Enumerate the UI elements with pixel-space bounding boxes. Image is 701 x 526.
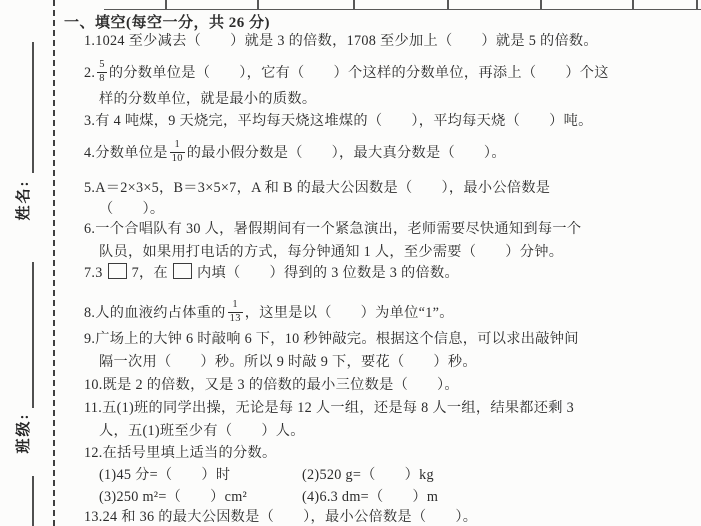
question-6: 6.一个合唱队有 30 人，暑假期间有一个紧急演出，老师需要尽快通知到每一个 xyxy=(84,219,581,239)
question-12: 12.在括号里填上适当的分数。 xyxy=(84,443,277,463)
question-3: 3.有 4 吨煤，9 天烧完，平均每天烧这堆煤的（ ），平均每天烧（ ）吨。 xyxy=(84,111,593,131)
question-2-continuation: 样的分数单位，就是最小的质数。 xyxy=(99,89,316,109)
question-2-prefix: 2. xyxy=(84,65,95,81)
fraction-denominator: 10 xyxy=(170,152,185,165)
header-table-divider xyxy=(447,0,449,9)
question-5: 5.A＝2×3×5，B＝3×5×7，A 和 B 的最大公因数是（ ），最小公倍数… xyxy=(84,178,550,198)
blank-square-icon xyxy=(173,263,192,279)
fraction-5-8: 58 xyxy=(97,60,107,84)
question-13: 13.24 和 36 的最大公因数是（ ），最小公倍数是（ ）。 xyxy=(84,507,477,526)
question-12-item-3: (3)250 m²=（ ）cm² xyxy=(99,487,247,507)
question-11: 11.五(1)班的同学出操，无论是每 12 人一组，还是每 8 人一组，结果都还… xyxy=(84,398,574,418)
exam-page: 姓名: 班级: 一、填空(每空一分，共 26 分) 1.1024 至少减去（ ）… xyxy=(0,0,701,526)
question-6-continuation: 队员，如果用打电话的方式，每分钟通知 1 人，至少需要（ ）分钟。 xyxy=(99,242,563,262)
question-4-text: 的最小假分数是（ ），最大真分数是（ ）。 xyxy=(187,145,506,161)
fraction-numerator: 1 xyxy=(228,300,243,312)
question-4: 4.分数单位是110的最小假分数是（ ），最大真分数是（ ）。 xyxy=(84,140,506,167)
question-7-middle: 7，在 xyxy=(132,265,168,281)
fraction-denominator: 8 xyxy=(97,72,107,85)
question-5-continuation: （ ）。 xyxy=(99,199,164,219)
header-table-edge xyxy=(104,0,701,10)
margin-rule-middle xyxy=(32,262,34,408)
fraction-denominator: 13 xyxy=(228,312,243,325)
question-9-continuation: 隔一次用（ ）秒。所以 9 时敲 9 下，要花（ ）秒。 xyxy=(99,352,477,372)
header-table-divider xyxy=(353,0,355,9)
question-9: 9.广场上的大钟 6 时敲响 6 下，10 秒钟敲完。根据这个信息，可以求出敲钟… xyxy=(84,329,579,349)
question-7-text: 内填（ ）得到的 3 位数是 3 的倍数。 xyxy=(197,265,459,281)
fraction-numerator: 5 xyxy=(97,60,107,72)
binding-dashed-line xyxy=(53,0,55,526)
question-7-prefix: 7.3 xyxy=(84,265,103,281)
header-table-divider xyxy=(696,0,698,9)
name-field-label: 姓名: xyxy=(7,170,37,230)
question-8-prefix: 8.人的血液约占体重的 xyxy=(84,305,226,321)
question-12-item-2: (2)520 g=（ ）kg xyxy=(302,465,434,485)
question-7: 7.37，在内填（ ）得到的 3 位数是 3 的倍数。 xyxy=(84,263,459,283)
header-table-divider xyxy=(257,0,259,9)
question-10: 10.既是 2 的倍数，又是 3 的倍数的最小三位数是（ ）。 xyxy=(84,375,459,395)
question-12-item-4: (4)6.3 dm=（ ）m xyxy=(302,487,438,507)
margin-rule-bottom xyxy=(32,476,34,526)
question-4-prefix: 4.分数单位是 xyxy=(84,145,168,161)
header-table-divider xyxy=(165,0,167,9)
question-12-item-1: (1)45 分=（ ）时 xyxy=(99,465,230,485)
fraction-1-10: 110 xyxy=(170,140,185,164)
fraction-numerator: 1 xyxy=(170,140,185,152)
question-2-text: 的分数单位是（ ），它有（ ）个这样的分数单位，再添上（ ）个这 xyxy=(109,65,609,81)
section-title: 一、填空(每空一分，共 26 分) xyxy=(64,13,270,33)
fraction-1-13: 113 xyxy=(228,300,243,324)
header-table-divider xyxy=(632,0,634,9)
question-11-continuation: 人，五(1)班至少有（ ）人。 xyxy=(99,421,305,441)
header-table-divider xyxy=(540,0,542,9)
question-1: 1.1024 至少减去（ ）就是 3 的倍数，1708 至少加上（ ）就是 5 … xyxy=(84,31,598,51)
class-field-label: 班级: xyxy=(7,403,37,463)
question-2: 2.58的分数单位是（ ），它有（ ）个这样的分数单位，再添上（ ）个这 xyxy=(84,60,609,87)
blank-square-icon xyxy=(108,263,127,279)
question-8-text: ，这里是以（ ）为单位“1”。 xyxy=(245,305,454,321)
margin-rule-top xyxy=(32,42,34,173)
question-8: 8.人的血液约占体重的113，这里是以（ ）为单位“1”。 xyxy=(84,300,454,327)
